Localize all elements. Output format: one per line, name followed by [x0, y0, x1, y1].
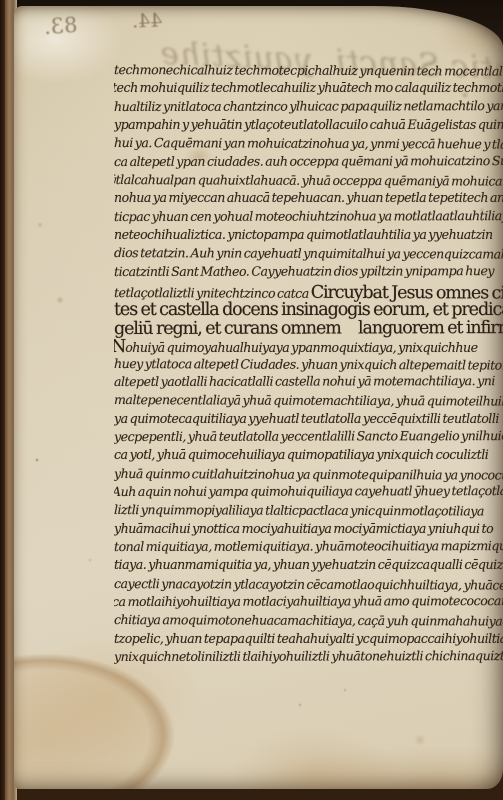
- text-line: tzopelic, yhuan tepapaquilti teahahuiyal…: [114, 631, 503, 649]
- text-line: ticpac yhuan cen yohual moteochiuhtzinoh…: [114, 208, 503, 227]
- nahuatl-script-segment: yhuāmacihui ynottica mociyahuitiaya moci…: [114, 521, 493, 536]
- nahuatl-script-segment: cayectli ynacayotzin ytlacayotzin cēcamo…: [114, 576, 503, 593]
- text-line: tech mohuiquiliz techmotlecahuiliz yhuāt…: [114, 80, 503, 98]
- manuscript-photo: 83. 44. ntic Sancti yquiztihe techmonech…: [0, 0, 503, 800]
- text-line: ȳtlalcahualpan quahuixtlahuacā. yhuā occ…: [114, 172, 503, 192]
- manuscript-page: 83. 44. ntic Sancti yquiztihe techmonech…: [14, 6, 503, 789]
- nahuatl-script-segment: ypampahin y yehuātin ytlaçoteutlatollacu…: [114, 117, 503, 132]
- text-line: ynixquichnetoliniliztli tlaihiyohuiliztl…: [114, 648, 503, 667]
- nahuatl-script-segment: ohuiyā quimoyahualhuiyaya ypanmoquixtiay…: [125, 340, 477, 355]
- text-line: nohua ya miyeccan ahuacā tepehuacan. yhu…: [114, 190, 503, 208]
- text-line: techmonechicalhuiz techmotecpichalhuiz y…: [114, 62, 503, 82]
- latin-script-segment: geliū regni, et curans omnem languorem e…: [114, 318, 503, 339]
- nahuatl-script-segment: liztli ynquimmopiyaliliaya tlalticpactla…: [114, 502, 484, 518]
- nahuatl-script-segment: ca yotl, yhuā quimocehuiliaya quimopatil…: [114, 447, 488, 462]
- latin-script-segment: Circuybat Jesus omnes ciuita: [311, 283, 503, 304]
- text-line: tonal miquitiaya, motlemiquitiaya. yhuām…: [114, 538, 503, 557]
- nahuatl-script-segment: altepetl yaotlalli hacicatlalli castella…: [114, 373, 495, 389]
- text-line: ca altepetl ypan ciudades. auh occeppa q…: [114, 153, 503, 172]
- text-line: neteochihualiztica. ynictopampa quimotla…: [114, 227, 503, 245]
- text-line: geliū regni, et curans omnem languorem e…: [114, 318, 503, 337]
- nahuatl-script-segment: chitiaya amoquimotonehuacamachitiaya, ca…: [114, 612, 503, 629]
- nahuatl-script-segment: hui ya. Caquēmani yan mohuicatzinohua ya…: [114, 135, 503, 152]
- text-line: chitiaya amoquimotonehuacamachitiaya, ca…: [114, 612, 503, 632]
- text-line: maltepenecentlaliayā yhuā quimotemachtil…: [114, 392, 503, 412]
- nahuatl-script-segment: ca altepetl ypan ciudades. auh occeppa q…: [114, 153, 503, 169]
- text-line: hualtiliz ynitlatoca chantzinco ylhuicac…: [114, 98, 503, 117]
- nahuatl-script-segment: Auh aquin nohui yampa quimohuiquiliaya c…: [114, 483, 503, 499]
- latin-script-segment: N: [114, 337, 125, 357]
- nahuatl-script-segment: ca motlaihiyohuiltiaya motlaciyahuiltiay…: [114, 593, 503, 609]
- text-line: tiaya. yhuanmamiquitia ya, yhuan yyehuat…: [114, 557, 503, 575]
- text-line: liztli ynquimmopiyaliliaya tlalticpactla…: [114, 502, 503, 522]
- nahuatl-script-segment: tetlaçotlaliztli ynitechtzinco catca: [114, 285, 311, 301]
- nahuatl-script-segment: ya quimotecaquitiliaya yyehuatl teutlato…: [114, 411, 499, 426]
- text-line: ticatzintli Sant Matheo. Cayyehuatzin di…: [114, 263, 503, 282]
- bleedthrough-folio-number-44: 44.: [132, 9, 163, 32]
- nahuatl-script-segment: tzopelic, yhuan tepapaquilti teahahuiyal…: [114, 631, 503, 646]
- nahuatl-script-segment: nohua ya miyeccan ahuacā tepehuacan. yhu…: [114, 190, 503, 205]
- text-line: yhuāmacihui ynottica mociyahuitiaya moci…: [114, 521, 503, 539]
- nahuatl-script-segment: ticatzintli Sant Matheo. Cayyehuatzin di…: [114, 263, 494, 279]
- text-line: yecpepentli, yhuā teutlatolla yeccentlal…: [114, 428, 503, 447]
- nahuatl-script-segment: tech mohuiquiliz techmotlecahuiliz yhuāt…: [114, 80, 503, 95]
- nahuatl-script-segment: ȳtlalcahualpan quahuixtlahuacā. yhuā occ…: [114, 172, 503, 189]
- nahuatl-script-segment: yhuā quinmo cuitlahuitzinohua ya quinmot…: [114, 466, 503, 483]
- text-line: Nohuiyā quimoyahualhuiyaya ypanmoquixtia…: [114, 337, 503, 355]
- text-line: ca yotl, yhuā quimocehuiliaya quimopatil…: [114, 447, 503, 465]
- nahuatl-script-segment: huey ytlatoca altepetl Ciudades. yhuan y…: [114, 356, 503, 373]
- nahuatl-script-segment: dios tetatzin. Auh ynin cayehuatl ynquim…: [114, 245, 503, 262]
- text-line: ya quimotecaquitiliaya yyehuatl teutlato…: [114, 411, 503, 429]
- nahuatl-script-segment: yecpepentli, yhuā teutlatolla yeccentlal…: [114, 428, 503, 444]
- bleedthrough-folio-number-83: 83.: [43, 13, 78, 39]
- nahuatl-script-segment: tonal miquitiaya, motlemiquitiaya. yhuām…: [114, 538, 503, 554]
- nahuatl-script-segment: hualtiliz ynitlatoca chantzinco ylhuicac…: [114, 98, 503, 114]
- nahuatl-script-segment: techmonechicalhuiz techmotecpichalhuiz y…: [114, 62, 503, 79]
- text-line: tetlaçotlaliztli ynitechtzinco catca Cir…: [114, 282, 503, 302]
- nahuatl-script-segment: tiaya. yhuanmamiquitia ya, yhuan yyehuat…: [114, 557, 503, 572]
- nahuatl-script-segment: ticpac yhuan cen yohual moteochiuhtzinoh…: [114, 208, 503, 224]
- text-line: ca motlaihiyohuiltiaya motlaciyahuiltiay…: [114, 593, 503, 612]
- nahuatl-script-segment: maltepenecentlaliayā yhuā quimotemachtil…: [114, 392, 503, 409]
- text-line: altepetl yaotlalli hacicatlalli castella…: [114, 373, 503, 392]
- manuscript-text: techmonechicalhuiz techmotecpichalhuiz y…: [114, 62, 503, 674]
- nahuatl-script-segment: ynixquichnetoliniliztli tlaihiyohuiliztl…: [114, 648, 503, 664]
- nahuatl-script-segment: neteochihualiztica. ynictopampa quimotla…: [114, 227, 493, 242]
- text-line: ypampahin y yehuātin ytlaçoteutlatollacu…: [114, 117, 503, 135]
- text-line: Auh aquin nohui yampa quimohuiquiliaya c…: [114, 483, 503, 502]
